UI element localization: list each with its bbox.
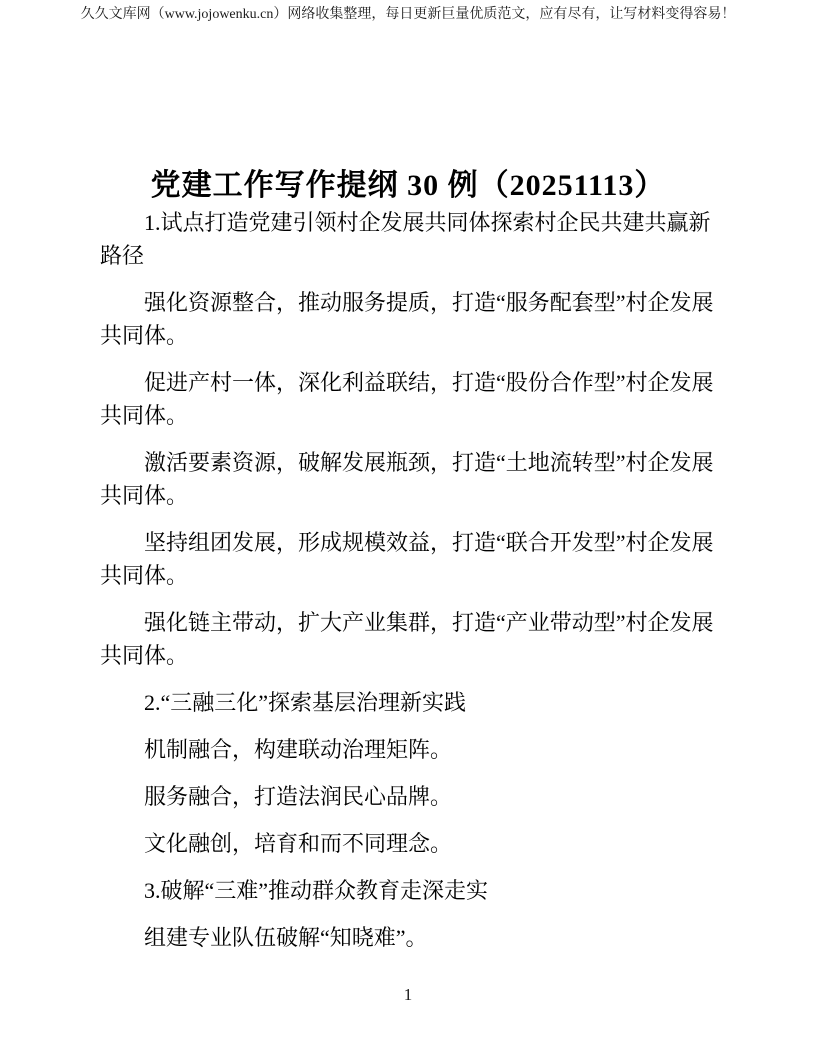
paragraph: 激活要素资源，破解发展瓶颈，打造“土地流转型”村企发展共同体。: [100, 446, 714, 512]
paragraph: 1.试点打造党建引领村企发展共同体探索村企民共建共赢新路径: [100, 206, 714, 272]
paragraph: 强化链主带动，扩大产业集群，打造“产业带动型”村企发展共同体。: [100, 606, 714, 672]
document-body: 1.试点打造党建引领村企发展共同体探索村企民共建共赢新路径强化资源整合，推动服务…: [100, 206, 714, 968]
document-page: 久久文库网（www.jojowenku.cn）网络收集整理，每日更新巨量优质范文…: [0, 0, 816, 1056]
paragraph: 机制融合，构建联动治理矩阵。: [100, 733, 714, 766]
paragraph: 服务融合，打造法润民心品牌。: [100, 780, 714, 813]
paragraph: 坚持组团发展，形成规模效益，打造“联合开发型”村企发展共同体。: [100, 526, 714, 592]
paragraph: 文化融创，培育和而不同理念。: [100, 827, 714, 860]
page-number: 1: [0, 984, 816, 1006]
paragraph: 3.破解“三难”推动群众教育走深走实: [100, 874, 714, 907]
watermark-header-notice: 久久文库网（www.jojowenku.cn）网络收集整理，每日更新巨量优质范文…: [0, 6, 816, 24]
paragraph: 强化资源整合，推动服务提质，打造“服务配套型”村企发展共同体。: [100, 286, 714, 352]
document-title: 党建工作写作提纲 30 例（20251113）: [0, 167, 816, 205]
paragraph: 2.“三融三化”探索基层治理新实践: [100, 686, 714, 719]
paragraph: 组建专业队伍破解“知晓难”。: [100, 921, 714, 954]
paragraph: 促进产村一体，深化利益联结，打造“股份合作型”村企发展共同体。: [100, 366, 714, 432]
